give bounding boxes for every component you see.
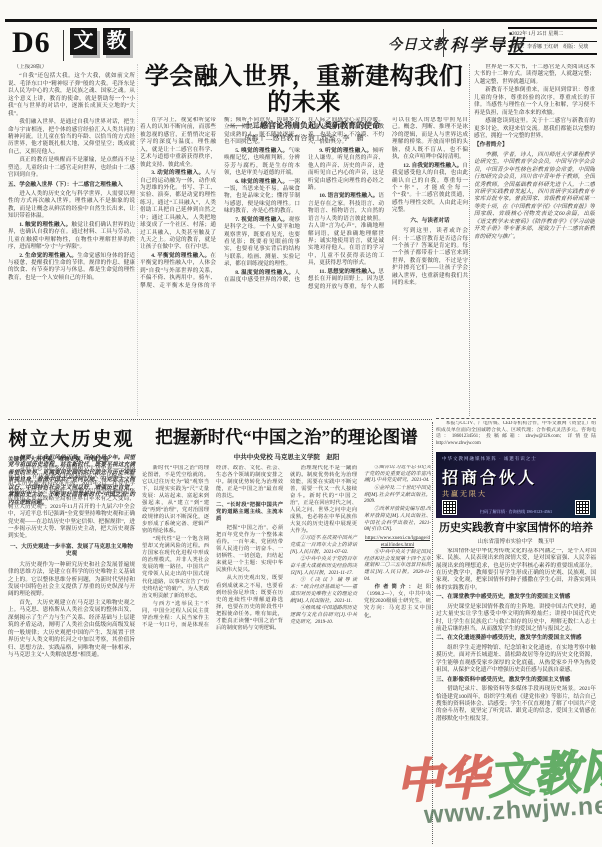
reference-item: ②中共中央关于党的百年奋斗重大成就和历史经验的决议[N].人民日报，2021-1… xyxy=(290,557,357,577)
article1-title: 学会融入世界，重新建构我们的未来 xyxy=(140,64,468,117)
classified-ad-text: 本报与CCTV、广电传媒、CED等机构合作，中华文教网（资金汇）组织成员单位面向… xyxy=(436,421,596,449)
paragraph: 从大历史观出发，既要看到成就来之不易，也要看到经验弥足珍贵；既要在历史的连续性中… xyxy=(216,575,283,631)
reference-item: ⑧中共中央关于制定国民经济和社会发展第十四个五年规划和二〇三五年远景目标的建议[… xyxy=(364,550,431,583)
paragraph: “现代性”是一个饱含期望却又充满风险的过程。西方国家在现代化进程中形成的治理模式… xyxy=(142,536,209,599)
article3-title: 把握新时代“中国之治”的理论图谱 xyxy=(142,424,431,449)
subheading: 【作者简介】 xyxy=(474,142,595,149)
paper-name-script-1: 今日文教 xyxy=(388,34,448,54)
paragraph: 首先，大历史观建立在马克思主义唯物史观之上。马克思、恩格斯从人类社会发展的整体出… xyxy=(8,600,135,660)
paragraph: 家国情怀是中华优秀传统文化的基本内涵之一，是个人对国家、民族、人民表现出来的深情… xyxy=(436,548,596,593)
column-divider xyxy=(432,422,433,844)
ad-banner-title: 招商合伙人 xyxy=(442,465,590,488)
ad-banner-content: 中华文教网融媒体矩阵 · 诚邀有识之士 招商合伙人 共赢无限大 扫码了解详情 ·… xyxy=(436,452,596,518)
subheading-centered: 一、大历史观进一步丰富、发展了马克思主义唯物史观 xyxy=(8,544,135,559)
ad-banner-slogan: 共赢无限大 xyxy=(442,489,590,499)
article4: 历史实践教育中家国情怀的培养 山东省淄博市实验中学 魏玉甲 家国情怀是中华优秀传… xyxy=(436,522,596,844)
paragraph: 世界是一本大书，十二感官是人类阅读这本大书的十二种方式。读得越完整，人就越完整；… xyxy=(474,64,595,86)
numbered-item: 作者简介：赵阳（1998.2—），女，中共中央党校2020级硕士研究生，研究方向… xyxy=(364,584,431,619)
qr-code-left xyxy=(442,500,457,515)
subheading-centered: 六、与读者对话 xyxy=(392,218,468,225)
subheading: 二、在文化遗迹漫游中感受历史，激发学生的爱国主义情感 xyxy=(436,635,596,642)
newspaper-page: D6 文教 今日文教 科学导报 ■2022年 1月 25日 星期二 ■编辑：李香… xyxy=(0,0,602,847)
section-logo-char-2: 教 xyxy=(103,28,130,55)
numbered-item: 10. 语言觉的理性融入。语言是存在之家。科技语言、动物语言、植物语言，大自然的… xyxy=(308,193,384,267)
paragraph: 在学习上，视觉和听觉带着人的认知不断向前，而那些被忽视的感官，正悄悄决定着学习的… xyxy=(140,117,216,169)
paragraph: 大历史观作为一种研究历史和社会发展普遍规律的思维方法，是建立在科学的历史唯物主义… xyxy=(8,562,135,599)
article3: 把握新时代“中国之治”的理论图谱 中共中央党校 马克思主义学院 赵阳 新时代“中… xyxy=(142,424,431,844)
ad-banner-kicker: 中华文教网融媒体矩阵 · 诚邀有识之士 xyxy=(442,456,590,462)
editor-line: ■编辑：李香娜 王红研 组版：吴琰 xyxy=(508,41,597,54)
masthead-divider-2 xyxy=(443,29,444,57)
numbered-item: 3. 动觉的理性融入。人与自己的运动融为一体，动作成为思维的外化。书写、手工、实… xyxy=(140,170,216,252)
paragraph: 写到这里，读者或许会问：十二感官教育是否适合每一个孩子？答案是肯定的。每一个孩子… xyxy=(392,228,468,288)
paragraph: 感谢您读到这里。关于十二感官与新教育的更多讨论，欢迎来信交流。愿我们都能以完整的… xyxy=(474,118,595,140)
continued-note: （上接28版） xyxy=(8,64,135,71)
abstract: 摘要：让我们风华正茂，百年仍是少年。回望党与祖国历史进程，站在新时代，既要平视这… xyxy=(8,455,135,507)
qr-code-right xyxy=(575,500,590,515)
paragraph: 借助纪录片、影像资料等多媒体手段再现历史场景。2021年恰逢建党100周年，组织… xyxy=(436,686,596,723)
numbered-item: 1. 触觉的理性融入。触觉让我们确认世界的边界，也确认自我的存在。通过材料、工具… xyxy=(8,222,135,252)
article2-title: 树立大历史观 xyxy=(8,424,135,451)
reference-item: ①习近平.在庆祝中国共产党成立一百周年大会上的讲话[N].人民日报，2021-0… xyxy=(290,536,357,556)
reference-link: https://www.xuexi.cn/lgpage/detail/index… xyxy=(364,535,431,549)
ad-banner-contact: 扫码了解详情 · 咨询热线 186-0123-4561 xyxy=(480,509,552,515)
masthead-top-rule xyxy=(5,19,597,22)
article1-body-columns: 在学习上，视觉和听觉带着人的认知不断向前，而那些被忽视的感官，正悄悄决定着学习的… xyxy=(140,117,468,416)
article3-byline: 中共中央党校 马克思主义学院 赵阳 xyxy=(142,452,431,461)
article2: 树立大历史观 摘要：让我们风华正茂，百年仍是少年。回望党与祖国历史进程，站在新时… xyxy=(8,424,135,844)
paragraph: 组织学生走进博物馆、纪念馆和文化遗迹，在实地考察中触摸历史。面对齐长城遗址、蒲松… xyxy=(436,645,596,675)
paragraph: 历史课堂是家国情怀教育的主阵地。讲授中国古代史时，通过大量史实让学生感受中华文明… xyxy=(436,604,596,634)
article4-body: 家国情怀是中华优秀传统文化的基本内涵之一，是个人对国家、民族、人民表现出来的深情… xyxy=(436,548,596,836)
reference-item: ⑦改革开放简史编写组.改革开放简史[M].人民出版社、中国社会科学出版社，202… xyxy=(364,507,431,534)
numbered-item: 7. 视觉的理性融入。观察是科学之母。一个人要平和地观察世界，既要看见光，也要看… xyxy=(224,217,300,269)
numbered-item: 5. 嗅觉的理性融入。气味唤醒记忆，也唤醒判断。分辨芬芳与腐朽，既是生存的本领，… xyxy=(224,148,300,178)
subheading: 二、“长时段”把握中国共产党的道路主题主线、主流本质 xyxy=(216,502,283,523)
article4-title: 历史实践教育中家国情怀的培养 xyxy=(436,522,596,535)
article3-body-columns: 新时代“中国之治”的理论图谱，不是凭空绘就的。它以过往历史为“镜”观察当下，以现… xyxy=(142,465,431,837)
section-divider xyxy=(436,418,596,419)
masthead-info-box: ■2022年 1月 25日 星期二 ■编辑：李香娜 王红研 组版：吴琰 xyxy=(508,27,597,55)
masthead-divider xyxy=(63,30,64,61)
ad-banner: 中华文教网融媒体矩阵 · 诚邀有识之士 招商合伙人 共赢无限大 扫码了解详情 ·… xyxy=(436,452,596,518)
numbered-item: 9. 听觉的理性融入。倾听让人谦卑。听见自然的声音、他人的声音、历史的声音，进而… xyxy=(308,148,384,193)
numbered-item: 2. 生命觉的理性融入。生命觉感知身体的舒适与疲惫，提醒我们生命的节律。规律的作… xyxy=(8,253,135,283)
column-divider xyxy=(469,64,470,416)
section-divider xyxy=(8,419,432,420)
numbered-item: 6. 味觉的理性融入。一粥一饭，当思来处不易。品味食物，也是品味文化；懂得节制与… xyxy=(224,179,300,216)
section-logo: 文教 xyxy=(70,28,136,55)
paragraph: 新时代“中国之治”的理论图谱，不是凭空绘就的。它以过往历史为“镜”观察当下，以现… xyxy=(142,465,209,535)
ad-banner-footer: 扫码了解详情 · 咨询热线 186-0123-4561 xyxy=(442,500,590,515)
article1-continuation-column: （上接28版）“自我”还包括大我。这个大我，就如前文所说、毛泽东口中“精神原子弹… xyxy=(8,64,135,416)
section-logo-char-1: 文 xyxy=(70,28,97,55)
column-divider xyxy=(137,64,138,416)
paragraph: 真正的教育是唤醒而不是灌输，是点燃而不是塑造。儿童经由十二感官走向世界，也经由十… xyxy=(8,157,135,179)
paragraph: 本报与CCTV、广电传媒、CED等机构合作，中华文教网（资金汇）组织成员单位面向… xyxy=(436,421,596,448)
subheading: 三、在影像资料中感受历史，激发学生的爱国主义情感 xyxy=(436,677,596,684)
subheading: 一、在课堂教学中感受历史，激发学生的爱国主义情感 xyxy=(436,594,596,601)
paragraph: 我们融入世界，是通过自我与世界对话，把生命与宇宙相连，把个体的感官经验汇入人类共… xyxy=(8,119,135,156)
reference-item: ⑥金冲及.二十世纪中国史纲[M].社会科学文献出版社，2009. xyxy=(364,486,431,506)
reference-item: ④杨凤城.中国道路的历史逻辑与文化自信研究[J].中共党史研究，2019-10. xyxy=(290,606,357,626)
paragraph: 治理现代化不是一蹴而就的。制度优势转化为治理效能，需要在实践中不断完善，需要一代… xyxy=(290,465,357,535)
article1-right-column: 世界是一本大书，十二感官是人类阅读这本大书的十二种方式。读得越完整，人就越完整；… xyxy=(474,64,595,416)
paragraph: “自我”还包括大我。这个大我，就如前文所说、毛泽东口中“精神原子弹”般的大我。毛… xyxy=(8,73,135,118)
edition-number: D6 xyxy=(12,26,51,60)
paragraph: 新教育不是推倒重来，而是回到常识：尊重儿童的身体，尊重经验的次序，尊重成长的节律… xyxy=(474,87,595,117)
reference-item: ③《决议》辅导读本：“统合经济基础论”——福成印对历史唯物主义的理论贡献[M].… xyxy=(290,578,357,605)
reference-item: ⑤曲青山.习近平总书记关于党的历史重要论述的丰富内涵[J].中共党史研究，202… xyxy=(364,465,431,485)
paragraph: 进入人类的历史文化与科学世界，人需要以理性的方式再次融入世界。理性融入不是抽象的… xyxy=(8,191,135,221)
paragraph: 把握“中国之治”，必须把百年党史作为一个整体来看待。一百年来，党团结带领人民进行… xyxy=(216,525,283,574)
date-line: ■2022年 1月 25日 星期二 xyxy=(508,29,597,41)
subheading: 五、学会融入世界（下）：十二感官之理性融入 xyxy=(8,182,135,189)
article4-byline: 山东省淄博市实验中学 魏玉甲 xyxy=(436,537,596,545)
article2-body: 摘要：让我们风华正茂，百年仍是少年。回望党与祖国历史进程，站在新时代，既要平视这… xyxy=(8,455,135,843)
author-bio: 李鹏，学者，诗人，四川师范大学课程教学论研究生，中国教育学会会员，中国写作学会会… xyxy=(474,152,595,241)
numbered-item: 12. 自我觉的理性融入。自我觉感受他人的自我，也由此确认自己的自我。尊重每一个… xyxy=(392,163,468,215)
